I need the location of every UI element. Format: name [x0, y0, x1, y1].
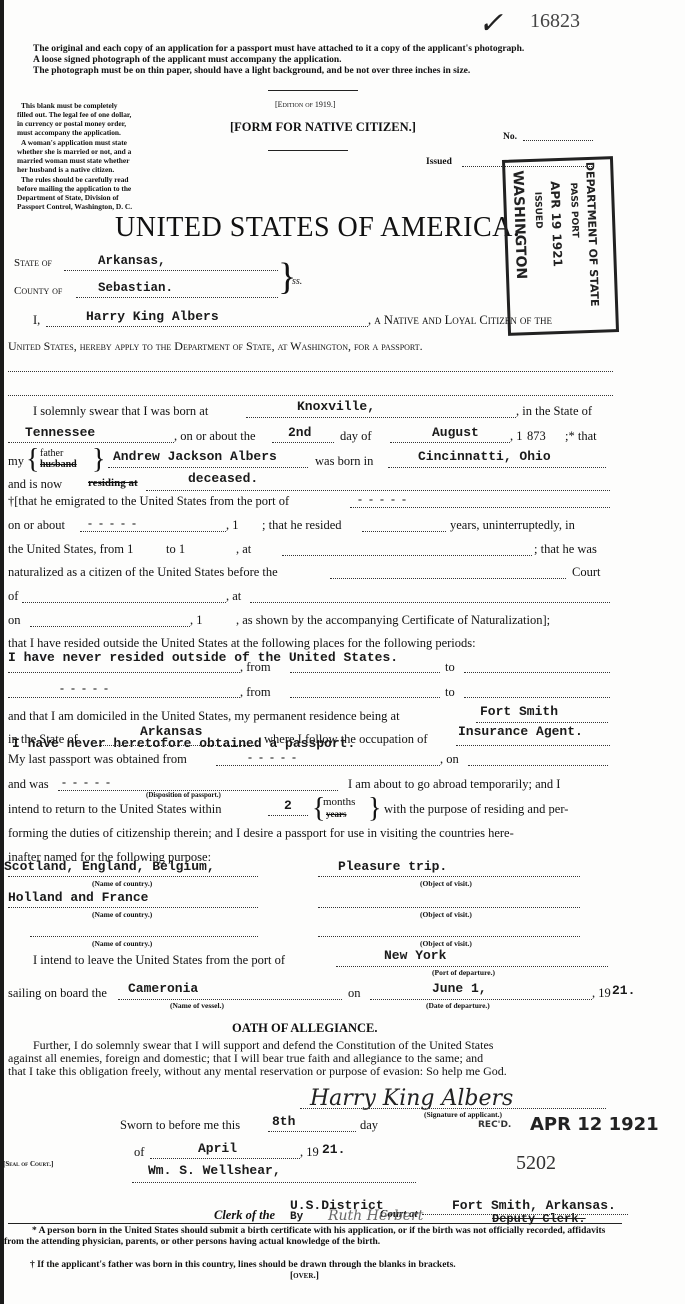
sworn-month: April — [198, 1141, 237, 1156]
sidebar-note-fee: This blank must be completely filled out… — [17, 101, 135, 137]
received-date: APR 12 1921 — [530, 1114, 659, 1135]
sailing-text: sailing on board the — [8, 986, 107, 1001]
sidebar-notes: This blank must be completely filled out… — [17, 101, 135, 212]
domicile-text: and that I am domiciled in the United St… — [8, 709, 400, 724]
departure-year: 21. — [612, 983, 635, 998]
photo-notice-3: The photograph must be on thin paper, sh… — [33, 66, 470, 76]
emigration-line-3a: the United States, from 1 — [8, 542, 133, 557]
emigration-line-2d: years, uninterruptedly, in — [450, 518, 575, 533]
emigration-line-6a: on — [8, 613, 21, 628]
resided-years-field[interactable] — [362, 531, 446, 532]
country-1: Scotland, England, Belgium, — [4, 859, 215, 874]
over-label: [over.] — [290, 1271, 319, 1282]
birthplace-field[interactable] — [246, 417, 516, 418]
clerk-of-the-text: Clerk of the — [214, 1208, 275, 1223]
object-field-3[interactable] — [318, 936, 580, 937]
object-1: Pleasure trip. — [338, 859, 447, 874]
birth-day: 2nd — [288, 425, 311, 440]
emigration-line-3b: to 1 — [166, 542, 185, 557]
blank-dashes: - - - - - — [88, 516, 138, 531]
object-field-1[interactable] — [318, 876, 580, 877]
port-caption: (Port of departure.) — [432, 968, 495, 977]
unit-months: months — [323, 797, 355, 808]
no-label: No. — [503, 132, 517, 142]
vessel-caption: (Name of vessel.) — [170, 1001, 224, 1010]
object-caption: (Object of visit.) — [420, 939, 472, 948]
sworn-month-field[interactable] — [150, 1158, 300, 1159]
previous-passport-statement: I have never heretofore obtained a passp… — [12, 736, 355, 751]
was-text: and was — [8, 777, 49, 792]
apply-text: United States, hereby apply to the Depar… — [8, 339, 423, 354]
occupation: Insurance Agent. — [458, 724, 583, 739]
page-title: UNITED STATES OF AMERICA. — [115, 212, 520, 244]
stamp-washington: WASHINGTON — [509, 170, 529, 279]
state-value: Arkansas, — [98, 254, 166, 268]
father-status: deceased. — [188, 471, 258, 486]
blank-line[interactable] — [8, 371, 613, 372]
residence-abroad-intro: that I have resided outside the United S… — [8, 636, 476, 651]
rule — [268, 90, 358, 91]
sworn-year: 21. — [322, 1142, 345, 1157]
father-birthplace-field[interactable] — [388, 467, 606, 468]
brace-right: } — [92, 446, 105, 474]
applicant-prefix: I, — [33, 313, 40, 328]
sailing-on-text: on — [348, 986, 361, 1001]
sidebar-note-rules: The rules should be carefully read befor… — [17, 175, 135, 211]
that-text: ;* that — [565, 429, 597, 444]
emigration-line-2c: ; that he resided — [262, 518, 342, 533]
clerk-name: Wm. S. Wellshear, — [148, 1163, 281, 1178]
residence-city: Fort Smith — [480, 704, 558, 719]
country-caption: (Name of country.) — [92, 910, 152, 919]
photo-notice-1: The original and each copy of an applica… — [33, 44, 524, 54]
to-label: to — [445, 660, 455, 675]
issued-label: Issued — [426, 157, 452, 167]
father-name: Andrew Jackson Albers — [113, 449, 277, 464]
photo-notice-2: A loose signed photograph of the applica… — [33, 55, 342, 65]
emigration-line-5b: , at — [226, 589, 241, 604]
residence-abroad-statement: I have never resided outside of the Unit… — [8, 650, 398, 665]
port-of-departure: New York — [384, 948, 446, 963]
occupation-field[interactable] — [456, 745, 610, 746]
birth-month-field[interactable] — [390, 442, 510, 443]
port-field[interactable] — [336, 966, 608, 967]
seal-of-court: [Seal of Court.] — [3, 1160, 53, 1168]
disposition-caption: (Disposition of passport.) — [146, 791, 221, 799]
deputy-signature: Ruth Herbert — [328, 1208, 423, 1224]
return-text: intend to return to the United States wi… — [8, 802, 222, 817]
state-label: State of — [14, 257, 52, 269]
sworn-year-prefix: , 19 — [300, 1145, 319, 1160]
file-number: 16823 — [530, 10, 580, 33]
emigration-line-3c: , at — [236, 542, 251, 557]
birth-state-field[interactable] — [8, 442, 174, 443]
state-field[interactable] — [64, 270, 278, 271]
from-label: , from — [240, 660, 271, 675]
blank-dashes: - - - - - — [248, 750, 298, 765]
county-label: County of — [14, 285, 62, 297]
birth-month: August — [432, 425, 479, 440]
purpose-text: with the purpose of residing and per- — [384, 802, 568, 817]
last-passport-date-field[interactable] — [468, 765, 608, 766]
sworn-of-text: of — [134, 1145, 144, 1160]
abroad-to-1[interactable] — [464, 672, 610, 673]
sworn-day: 8th — [272, 1114, 295, 1129]
stamp-date: APR 19 1921 — [548, 181, 565, 267]
duties-text: forming the duties of citizenship therei… — [8, 826, 514, 841]
departure-date-field[interactable] — [370, 999, 592, 1000]
departure-caption: (Date of departure.) — [426, 1001, 490, 1010]
footnote-father-born: † If the applicant's father was born in … — [30, 1260, 456, 1271]
port-text: I intend to leave the United States from… — [33, 953, 285, 968]
born-in-text: was born in — [315, 454, 373, 469]
father-birthplace: Cincinnatti, Ohio — [418, 449, 551, 464]
year-prefix: , 1 — [510, 429, 523, 444]
my-text: my — [8, 454, 24, 469]
country-caption: (Name of country.) — [92, 879, 152, 888]
duration: 2 — [284, 798, 292, 813]
court-location: Fort Smith, Arkansas. — [452, 1198, 616, 1213]
by-label: By — [290, 1211, 303, 1223]
day-label: day — [360, 1118, 378, 1133]
father-name-field[interactable] — [108, 467, 308, 468]
oath-heading: OATH OF ALLEGIANCE. — [232, 1021, 378, 1036]
blank-dashes: - - - - - — [62, 775, 112, 790]
emigration-line-5a: of — [8, 589, 18, 604]
state-of-text: , in the State of — [516, 404, 592, 419]
abroad-text: I am about to go abroad temporarily; and… — [348, 777, 560, 792]
county-value: Sebastian. — [98, 281, 173, 295]
emigration-line-4a: naturalized as a citizen of the United S… — [8, 565, 278, 580]
oath-line-2: against all enemies, foreign and domesti… — [8, 1052, 483, 1064]
now-text: and is now — [8, 477, 62, 492]
unit-years: years — [326, 810, 347, 819]
form-type: [FORM FOR NATIVE CITIZEN.] — [230, 120, 416, 135]
abroad-from-2[interactable] — [290, 697, 440, 698]
no-field[interactable] — [523, 140, 593, 141]
signature-field[interactable] — [300, 1108, 606, 1109]
emigration-date-field[interactable] — [80, 531, 226, 532]
naturalization-court-field[interactable] — [330, 578, 566, 579]
footnote-birth-certificate: * A person born in the United States sho… — [4, 1226, 609, 1247]
country-field-1[interactable] — [8, 876, 258, 877]
on-or-about-text: , on or about the — [174, 429, 256, 444]
stamp-issued: ISSUED — [532, 192, 543, 229]
county-field[interactable] — [76, 297, 278, 298]
sidebar-note-woman: A woman's application must state whether… — [17, 138, 135, 174]
naturalization-date-field[interactable] — [30, 626, 190, 627]
blank-dashes: - - - - - — [358, 492, 408, 507]
page-edge — [0, 0, 4, 1304]
country-caption: (Name of country.) — [92, 939, 152, 948]
sworn-born-text: I solemnly swear that I was born at — [33, 404, 208, 419]
duration-field[interactable] — [268, 815, 308, 816]
sworn-day-field[interactable] — [268, 1131, 356, 1132]
birth-state: Tennessee — [25, 425, 95, 440]
oath-line-3: that I take this obligation freely, with… — [8, 1065, 507, 1077]
applicant-name: Harry King Albers — [86, 309, 219, 324]
sworn-text: Sworn to before me this — [120, 1118, 240, 1133]
emigration-line-4b: Court — [572, 565, 600, 580]
brace-left: { — [26, 446, 39, 474]
received-label: REC'D. — [478, 1120, 511, 1130]
emigration-line-2b: , 1 — [226, 518, 239, 533]
country-2: Holland and France — [8, 890, 148, 905]
residing-at-text: residing at — [88, 477, 138, 489]
birth-year: 873 — [527, 429, 546, 444]
court-of-field[interactable] — [22, 602, 226, 603]
residence-city-field[interactable] — [476, 722, 608, 723]
emigration-port-field[interactable] — [350, 507, 610, 508]
birthplace: Knoxville, — [297, 399, 375, 414]
departure-date: June 1, — [432, 981, 487, 996]
vessel-name: Cameronia — [128, 981, 198, 996]
last-passport-from-field[interactable] — [216, 765, 440, 766]
edition-label: [Edition of 1919.] — [275, 100, 336, 109]
emigration-line-3d: ; that he was — [534, 542, 597, 557]
court-at-field[interactable] — [250, 602, 610, 603]
day-of-text: day of — [340, 429, 372, 444]
ss-label: ss. — [292, 276, 302, 287]
emigration-line-1: †[that he emigrated to the United States… — [8, 494, 289, 509]
rule — [268, 150, 348, 151]
signature-caption: (Signature of applicant.) — [424, 1110, 502, 1119]
emigration-line-6c: , as shown by the accompanying Certifica… — [236, 613, 550, 628]
deputy-title: Deputy Clerk. — [492, 1212, 586, 1226]
checkmark: ✓ — [478, 6, 503, 41]
departure-year-prefix: , 19 — [592, 986, 611, 1001]
to-label: to — [445, 685, 455, 700]
issued-stamp: DEPARTMENT OF STATE PASS PORT APR 19 192… — [502, 156, 619, 336]
native-citizen-text: , a Native and Loyal Citizen of the — [368, 313, 552, 328]
last-passport-text: My last passport was obtained from — [8, 752, 187, 767]
vessel-field[interactable] — [118, 999, 342, 1000]
father-residence-field[interactable] — [146, 490, 610, 491]
emigration-line-6b: , 1 — [190, 613, 203, 628]
country-field-2[interactable] — [8, 907, 258, 908]
clerk-name-field[interactable] — [132, 1182, 416, 1183]
brace-right: } — [368, 795, 381, 823]
applicant-name-field[interactable] — [46, 326, 368, 327]
abroad-to-2[interactable] — [464, 697, 610, 698]
emigration-residence-field[interactable] — [282, 555, 532, 556]
husband-option: husband — [40, 460, 77, 470]
birth-day-field[interactable] — [272, 442, 334, 443]
abroad-place-2[interactable] — [8, 697, 240, 698]
emigration-line-2a: on or about — [8, 518, 65, 533]
stamp-department: DEPARTMENT OF STATE — [583, 162, 601, 307]
abroad-from-1[interactable] — [290, 672, 440, 673]
from-label: , from — [240, 685, 271, 700]
stamp-passport: PASS PORT — [568, 182, 580, 238]
country-field-3[interactable] — [30, 936, 258, 937]
blank-dashes: - - - - - — [60, 681, 110, 696]
abroad-place-1[interactable] — [8, 672, 240, 673]
received-number: 5202 — [516, 1152, 556, 1175]
father-option: father — [40, 449, 63, 459]
blank-line[interactable] — [8, 395, 613, 396]
object-caption: (Object of visit.) — [420, 910, 472, 919]
object-field-2[interactable] — [318, 907, 580, 908]
oath-line-1: Further, I do solemnly swear that I will… — [33, 1039, 493, 1051]
object-caption: (Object of visit.) — [420, 879, 472, 888]
passport-on-text: , on — [440, 752, 459, 767]
